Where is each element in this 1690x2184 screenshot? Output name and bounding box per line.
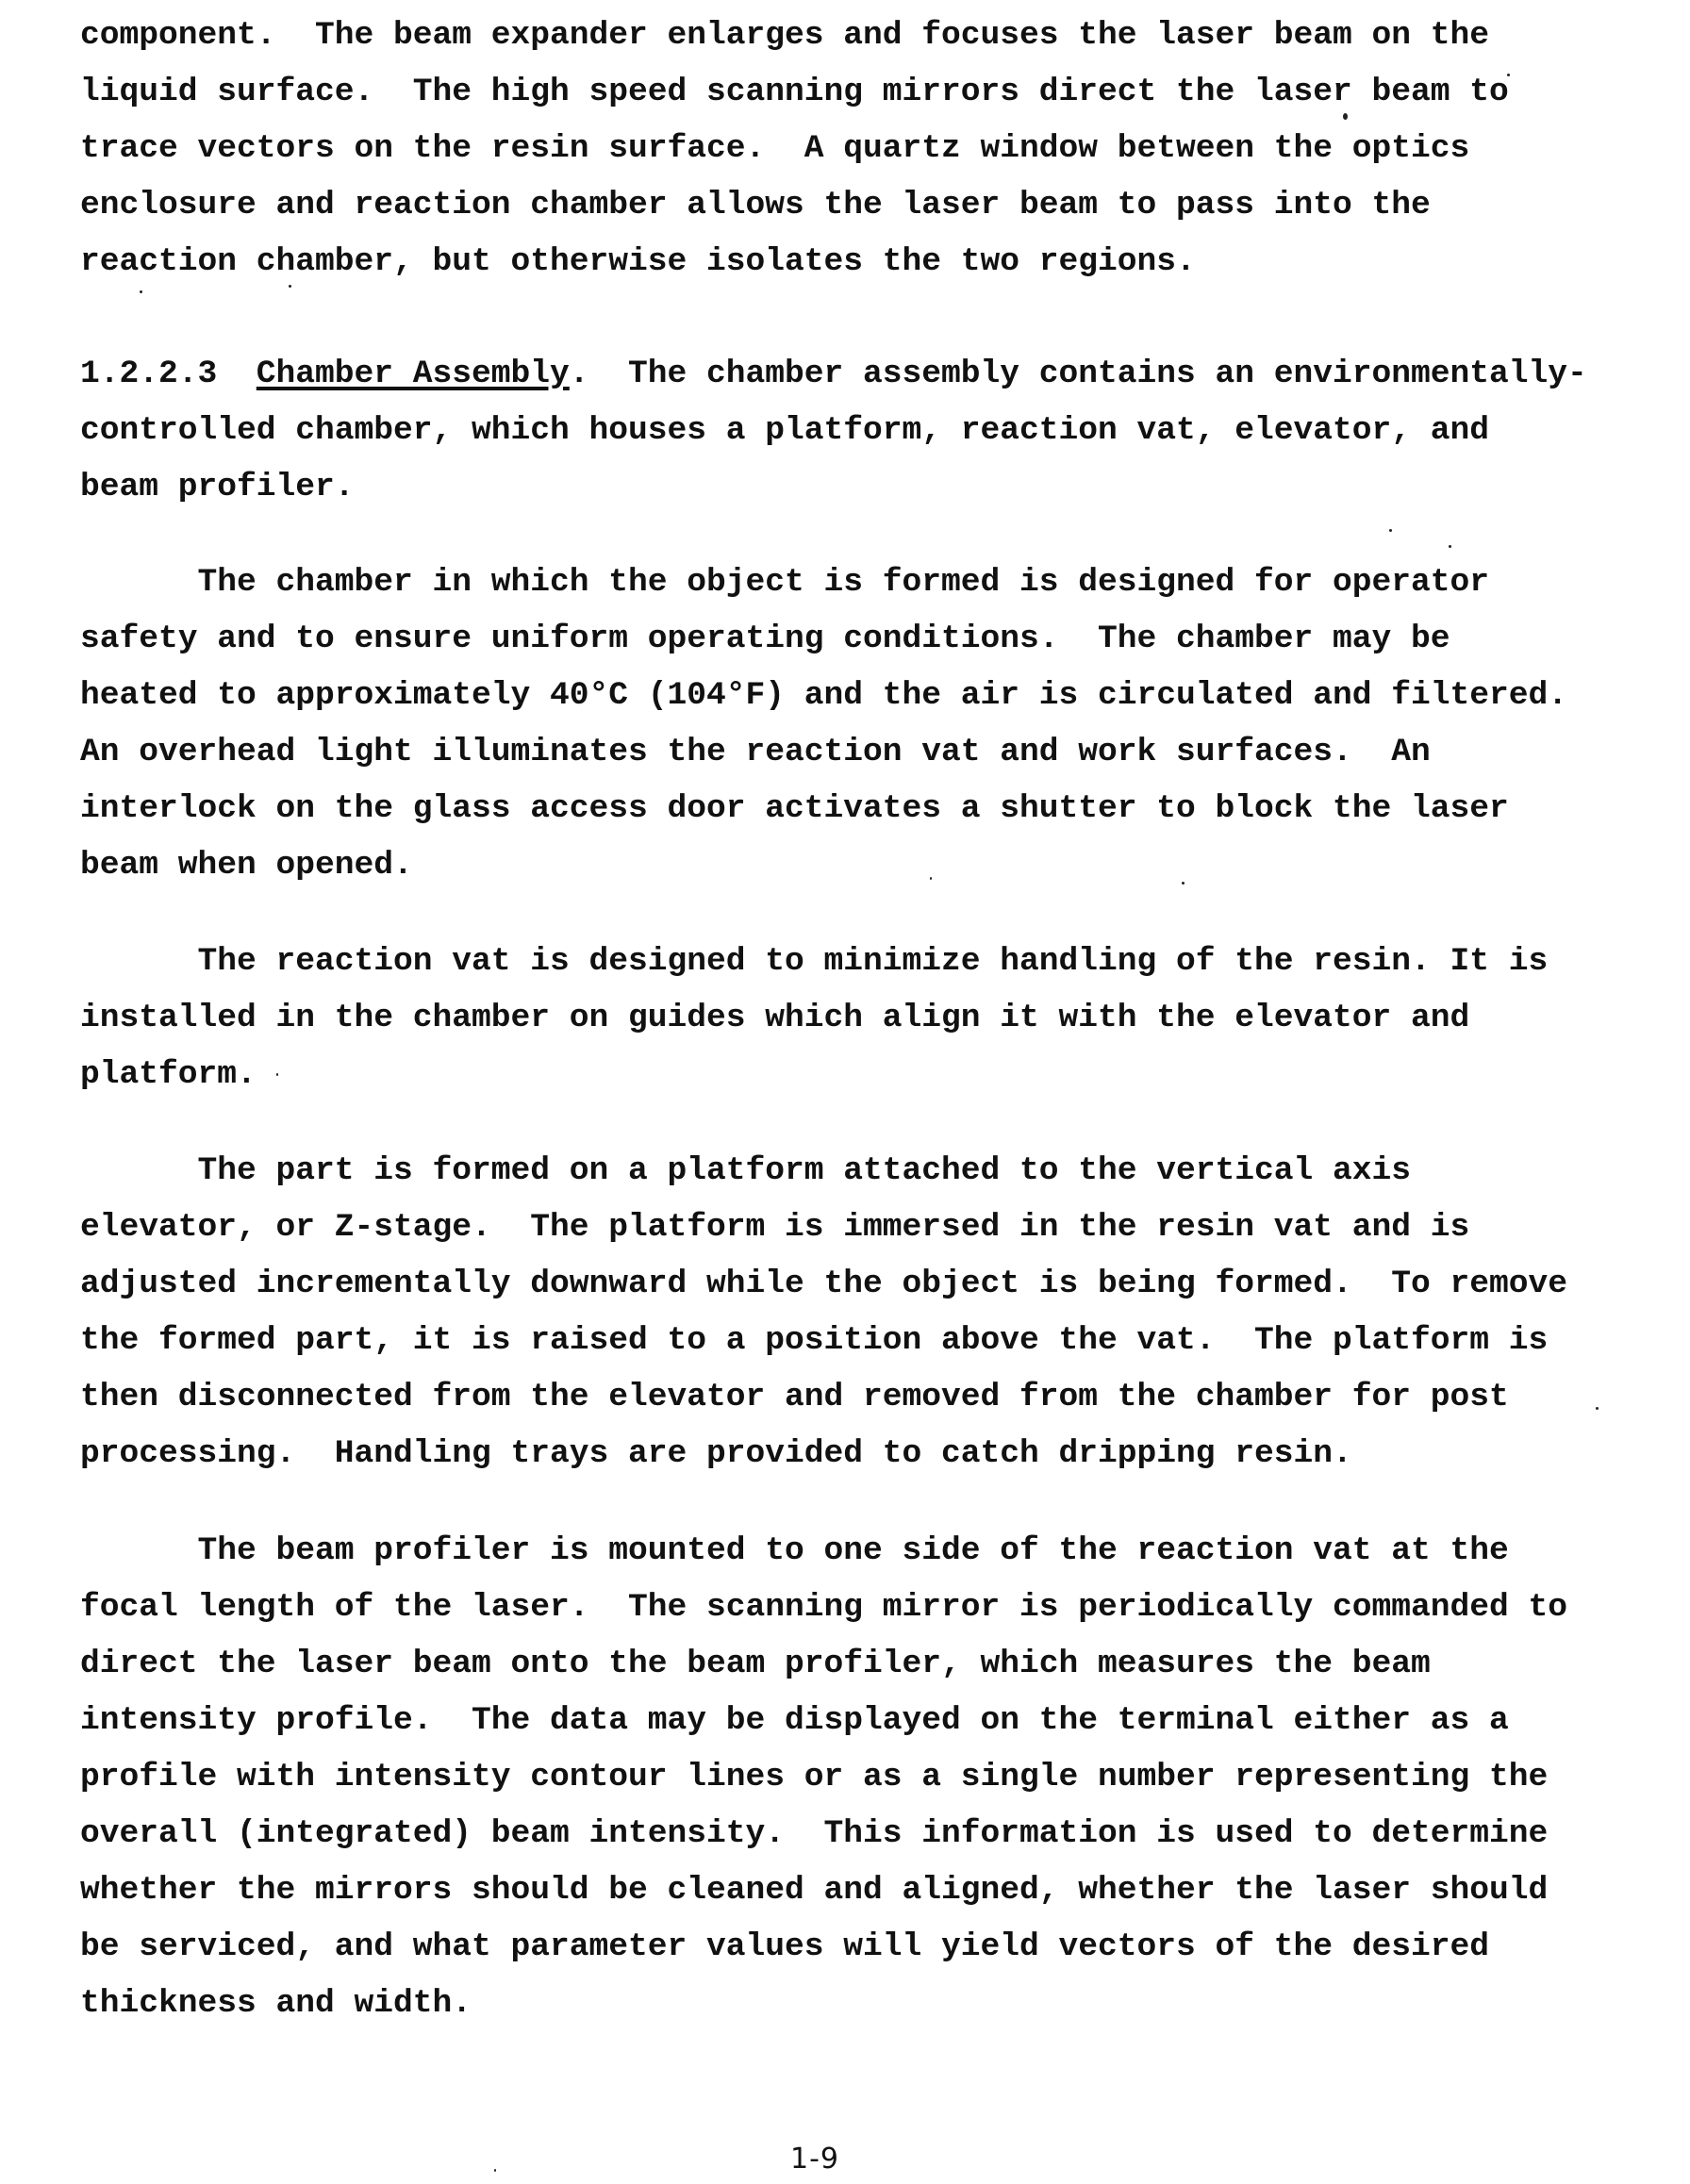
text-line: installed in the chamber on guides which… xyxy=(80,990,1548,1047)
text-line: intensity profile. The data may be displ… xyxy=(80,1693,1567,1749)
text-line: The chamber in which the object is forme… xyxy=(80,554,1567,611)
text-line: The reaction vat is designed to minimize… xyxy=(80,934,1548,990)
section-title: Chamber Assembly xyxy=(257,356,570,392)
scan-speck xyxy=(289,285,291,288)
text-line: controlled chamber, which houses a platf… xyxy=(80,403,1587,459)
paragraph-optics-description: component. The beam expander enlarges an… xyxy=(80,8,1509,290)
text-line: beam when opened. xyxy=(80,837,1567,894)
page-number: 1-9 xyxy=(790,2143,839,2176)
text-line: whether the mirrors should be cleaned an… xyxy=(80,1862,1567,1919)
text-line: reaction chamber, but otherwise isolates… xyxy=(80,234,1509,290)
text-line: elevator, or Z-stage. The platform is im… xyxy=(80,1200,1567,1256)
scan-speck xyxy=(1449,545,1451,548)
text-line: the formed part, it is raised to a posit… xyxy=(80,1313,1567,1369)
text-line: adjusted incrementally downward while th… xyxy=(80,1256,1567,1313)
scan-speck xyxy=(1389,529,1392,532)
scan-speck xyxy=(1343,113,1348,120)
text-line: platform. xyxy=(80,1047,1548,1103)
text-line: focal length of the laser. The scanning … xyxy=(80,1580,1567,1636)
text-line: thickness and width. xyxy=(80,1976,1567,2032)
text-line: safety and to ensure uniform operating c… xyxy=(80,611,1567,668)
paragraph-chamber-safety: The chamber in which the object is forme… xyxy=(80,554,1567,894)
document-page: component. The beam expander enlarges an… xyxy=(0,0,1690,2184)
scan-speck xyxy=(930,877,932,880)
paragraph-beam-profiler: The beam profiler is mounted to one side… xyxy=(80,1523,1567,2032)
scan-speck xyxy=(1507,74,1510,76)
text-line: An overhead light illuminates the reacti… xyxy=(80,724,1567,781)
paragraph-reaction-vat: The reaction vat is designed to minimize… xyxy=(80,934,1548,1103)
text-line: enclosure and reaction chamber allows th… xyxy=(80,177,1509,234)
section-number: 1.2.2.3 xyxy=(80,356,217,392)
text-line: then disconnected from the elevator and … xyxy=(80,1369,1567,1426)
text-line: trace vectors on the resin surface. A qu… xyxy=(80,121,1509,177)
text-line: heated to approximately 40°C (104°F) and… xyxy=(80,668,1567,724)
scan-speck xyxy=(1596,1407,1599,1410)
text-line: liquid surface. The high speed scanning … xyxy=(80,64,1509,121)
text-line: profile with intensity contour lines or … xyxy=(80,1749,1567,1806)
section-chamber-assembly: 1.2.2.3 Chamber Assembly. The chamber as… xyxy=(80,346,1587,516)
scan-speck xyxy=(276,1073,278,1076)
text-line: be serviced, and what parameter values w… xyxy=(80,1919,1567,1976)
text-line: processing. Handling trays are provided … xyxy=(80,1426,1567,1482)
scan-speck xyxy=(140,290,142,293)
text-line: component. The beam expander enlarges an… xyxy=(80,8,1509,64)
text-line: The beam profiler is mounted to one side… xyxy=(80,1523,1567,1580)
text-line: overall (integrated) beam intensity. Thi… xyxy=(80,1806,1567,1862)
text-line: The part is formed on a platform attache… xyxy=(80,1143,1567,1200)
text-line: direct the laser beam onto the beam prof… xyxy=(80,1636,1567,1693)
scan-speck xyxy=(494,2169,496,2172)
scan-speck xyxy=(1182,882,1185,885)
paragraph-platform-elevator: The part is formed on a platform attache… xyxy=(80,1143,1567,1482)
section-intro-text: . The chamber assembly contains an envir… xyxy=(570,356,1587,392)
text-line: interlock on the glass access door activ… xyxy=(80,781,1567,837)
text-line: beam profiler. xyxy=(80,459,1587,516)
section-heading-line: 1.2.2.3 Chamber Assembly. The chamber as… xyxy=(80,346,1587,403)
